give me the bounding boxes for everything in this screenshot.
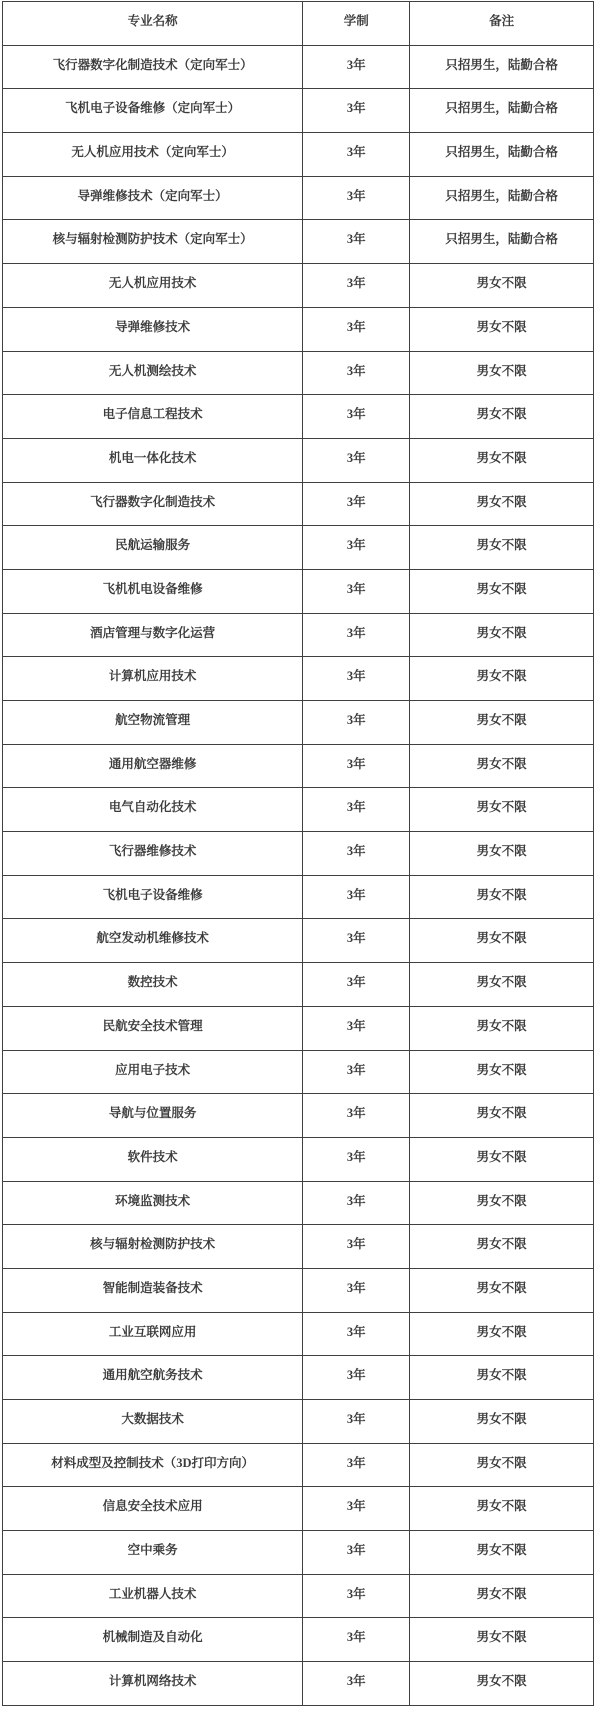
major-cell: 计算机网络技术 [3, 1662, 303, 1706]
note-cell: 男女不限 [410, 1050, 594, 1094]
note-cell: 只招男生，陆勤合格 [410, 176, 594, 220]
major-cell: 核与辐射检测防护技术 [3, 1225, 303, 1269]
major-cell: 导弹维修技术 [3, 307, 303, 351]
major-cell: 数控技术 [3, 963, 303, 1007]
major-cell: 工业互联网应用 [3, 1312, 303, 1356]
major-cell: 核与辐射检测防护技术（定向军士） [3, 220, 303, 264]
major-cell: 应用电子技术 [3, 1050, 303, 1094]
table-row: 航空物流管理3年男女不限 [3, 701, 594, 745]
table-row: 通用航空器维修3年男女不限 [3, 744, 594, 788]
major-cell: 导航与位置服务 [3, 1094, 303, 1138]
table-row: 民航安全技术管理3年男女不限 [3, 1006, 594, 1050]
table-row: 电子信息工程技术3年男女不限 [3, 395, 594, 439]
note-cell: 男女不限 [410, 1487, 594, 1531]
table-row: 材料成型及控制技术（3D打印方向）3年男女不限 [3, 1443, 594, 1487]
major-cell: 电子信息工程技术 [3, 395, 303, 439]
note-cell: 男女不限 [410, 264, 594, 308]
major-cell: 工业机器人技术 [3, 1574, 303, 1618]
page: 专业名称 学制 备注 飞行器数字化制造技术（定向军士）3年只招男生，陆勤合格飞机… [0, 1, 600, 1723]
duration-cell: 3年 [303, 1312, 410, 1356]
duration-cell: 3年 [303, 1181, 410, 1225]
table-row: 工业互联网应用3年男女不限 [3, 1312, 594, 1356]
note-cell: 男女不限 [410, 1574, 594, 1618]
note-cell: 男女不限 [410, 351, 594, 395]
table-row: 无人机测绘技术3年男女不限 [3, 351, 594, 395]
duration-cell: 3年 [303, 1443, 410, 1487]
note-cell: 男女不限 [410, 1662, 594, 1706]
table-row: 航空发动机维修技术3年男女不限 [3, 919, 594, 963]
table-row: 飞行器维修技术3年男女不限 [3, 832, 594, 876]
major-cell: 无人机测绘技术 [3, 351, 303, 395]
header-major: 专业名称 [3, 2, 303, 46]
duration-cell: 3年 [303, 526, 410, 570]
table-row: 民航运输服务3年男女不限 [3, 526, 594, 570]
table-row: 导弹维修技术3年男女不限 [3, 307, 594, 351]
major-cell: 机械制造及自动化 [3, 1618, 303, 1662]
major-cell: 飞机电子设备维修 [3, 875, 303, 919]
duration-cell: 3年 [303, 1574, 410, 1618]
table-row: 智能制造装备技术3年男女不限 [3, 1268, 594, 1312]
major-cell: 通用航空航务技术 [3, 1356, 303, 1400]
table-row: 工业机器人技术3年男女不限 [3, 1574, 594, 1618]
duration-cell: 3年 [303, 963, 410, 1007]
major-cell: 材料成型及控制技术（3D打印方向） [3, 1443, 303, 1487]
duration-cell: 3年 [303, 657, 410, 701]
duration-cell: 3年 [303, 744, 410, 788]
table-row: 机电一体化技术3年男女不限 [3, 438, 594, 482]
major-cell: 飞机机电设备维修 [3, 569, 303, 613]
major-cell: 飞机电子设备维修（定向军士） [3, 89, 303, 133]
note-cell: 男女不限 [410, 1181, 594, 1225]
major-cell: 民航安全技术管理 [3, 1006, 303, 1050]
note-cell: 男女不限 [410, 744, 594, 788]
duration-cell: 3年 [303, 1050, 410, 1094]
note-cell: 男女不限 [410, 569, 594, 613]
table-row: 电气自动化技术3年男女不限 [3, 788, 594, 832]
table-row: 应用电子技术3年男女不限 [3, 1050, 594, 1094]
note-cell: 男女不限 [410, 832, 594, 876]
note-cell: 男女不限 [410, 1443, 594, 1487]
note-cell: 男女不限 [410, 657, 594, 701]
major-cell: 智能制造装备技术 [3, 1268, 303, 1312]
duration-cell: 3年 [303, 875, 410, 919]
major-cell: 计算机应用技术 [3, 657, 303, 701]
major-cell: 环境监测技术 [3, 1181, 303, 1225]
note-cell: 男女不限 [410, 1531, 594, 1575]
table-row: 通用航空航务技术3年男女不限 [3, 1356, 594, 1400]
major-cell: 空中乘务 [3, 1531, 303, 1575]
duration-cell: 3年 [303, 1268, 410, 1312]
note-cell: 男女不限 [410, 1094, 594, 1138]
note-cell: 男女不限 [410, 1312, 594, 1356]
note-cell: 只招男生，陆勤合格 [410, 133, 594, 177]
major-cell: 酒店管理与数字化运营 [3, 613, 303, 657]
major-cell: 飞行器数字化制造技术 [3, 482, 303, 526]
header-note: 备注 [410, 2, 594, 46]
table-row: 飞机机电设备维修3年男女不限 [3, 569, 594, 613]
major-cell: 航空物流管理 [3, 701, 303, 745]
table-row: 飞机电子设备维修（定向军士）3年只招男生，陆勤合格 [3, 89, 594, 133]
duration-cell: 3年 [303, 1137, 410, 1181]
table-row: 无人机应用技术（定向军士）3年只招男生，陆勤合格 [3, 133, 594, 177]
note-cell: 只招男生，陆勤合格 [410, 45, 594, 89]
major-cell: 软件技术 [3, 1137, 303, 1181]
table-row: 空中乘务3年男女不限 [3, 1531, 594, 1575]
note-cell: 男女不限 [410, 482, 594, 526]
note-cell: 男女不限 [410, 963, 594, 1007]
duration-cell: 3年 [303, 788, 410, 832]
table-row: 信息安全技术应用3年男女不限 [3, 1487, 594, 1531]
table-row: 计算机应用技术3年男女不限 [3, 657, 594, 701]
duration-cell: 3年 [303, 1531, 410, 1575]
note-cell: 男女不限 [410, 1356, 594, 1400]
duration-cell: 3年 [303, 1662, 410, 1706]
note-cell: 男女不限 [410, 1268, 594, 1312]
major-cell: 飞行器维修技术 [3, 832, 303, 876]
major-cell: 民航运输服务 [3, 526, 303, 570]
duration-cell: 3年 [303, 176, 410, 220]
duration-cell: 3年 [303, 1094, 410, 1138]
major-cell: 无人机应用技术（定向军士） [3, 133, 303, 177]
note-cell: 只招男生，陆勤合格 [410, 89, 594, 133]
table-body: 飞行器数字化制造技术（定向军士）3年只招男生，陆勤合格飞机电子设备维修（定向军士… [3, 45, 594, 1705]
table-row: 导弹维修技术（定向军士）3年只招男生，陆勤合格 [3, 176, 594, 220]
major-cell: 电气自动化技术 [3, 788, 303, 832]
note-cell: 男女不限 [410, 1137, 594, 1181]
table-row: 飞机电子设备维修3年男女不限 [3, 875, 594, 919]
major-cell: 信息安全技术应用 [3, 1487, 303, 1531]
note-cell: 男女不限 [410, 1400, 594, 1444]
table-row: 飞行器数字化制造技术3年男女不限 [3, 482, 594, 526]
duration-cell: 3年 [303, 89, 410, 133]
major-cell: 通用航空器维修 [3, 744, 303, 788]
table-row: 软件技术3年男女不限 [3, 1137, 594, 1181]
duration-cell: 3年 [303, 701, 410, 745]
duration-cell: 3年 [303, 438, 410, 482]
table-row: 大数据技术3年男女不限 [3, 1400, 594, 1444]
duration-cell: 3年 [303, 307, 410, 351]
duration-cell: 3年 [303, 133, 410, 177]
header-duration: 学制 [303, 2, 410, 46]
note-cell: 男女不限 [410, 613, 594, 657]
duration-cell: 3年 [303, 569, 410, 613]
note-cell: 男女不限 [410, 875, 594, 919]
note-cell: 男女不限 [410, 1618, 594, 1662]
table-row: 数控技术3年男女不限 [3, 963, 594, 1007]
duration-cell: 3年 [303, 482, 410, 526]
note-cell: 男女不限 [410, 788, 594, 832]
duration-cell: 3年 [303, 832, 410, 876]
table-row: 计算机网络技术3年男女不限 [3, 1662, 594, 1706]
major-cell: 导弹维修技术（定向军士） [3, 176, 303, 220]
major-cell: 无人机应用技术 [3, 264, 303, 308]
table-row: 导航与位置服务3年男女不限 [3, 1094, 594, 1138]
duration-cell: 3年 [303, 1618, 410, 1662]
table-row: 飞行器数字化制造技术（定向军士）3年只招男生，陆勤合格 [3, 45, 594, 89]
note-cell: 男女不限 [410, 395, 594, 439]
note-cell: 男女不限 [410, 1225, 594, 1269]
duration-cell: 3年 [303, 1356, 410, 1400]
table-row: 环境监测技术3年男女不限 [3, 1181, 594, 1225]
duration-cell: 3年 [303, 395, 410, 439]
duration-cell: 3年 [303, 220, 410, 264]
table-header-row: 专业名称 学制 备注 [3, 2, 594, 46]
table-row: 核与辐射检测防护技术3年男女不限 [3, 1225, 594, 1269]
duration-cell: 3年 [303, 1006, 410, 1050]
note-cell: 男女不限 [410, 701, 594, 745]
duration-cell: 3年 [303, 264, 410, 308]
note-cell: 男女不限 [410, 919, 594, 963]
duration-cell: 3年 [303, 919, 410, 963]
table-row: 无人机应用技术3年男女不限 [3, 264, 594, 308]
major-cell: 大数据技术 [3, 1400, 303, 1444]
major-cell: 飞行器数字化制造技术（定向军士） [3, 45, 303, 89]
note-cell: 男女不限 [410, 1006, 594, 1050]
note-cell: 男女不限 [410, 307, 594, 351]
duration-cell: 3年 [303, 613, 410, 657]
table-row: 酒店管理与数字化运营3年男女不限 [3, 613, 594, 657]
table-row: 核与辐射检测防护技术（定向军士）3年只招男生，陆勤合格 [3, 220, 594, 264]
duration-cell: 3年 [303, 1400, 410, 1444]
duration-cell: 3年 [303, 45, 410, 89]
duration-cell: 3年 [303, 1487, 410, 1531]
note-cell: 男女不限 [410, 526, 594, 570]
major-cell: 机电一体化技术 [3, 438, 303, 482]
note-cell: 只招男生，陆勤合格 [410, 220, 594, 264]
duration-cell: 3年 [303, 351, 410, 395]
majors-table: 专业名称 学制 备注 飞行器数字化制造技术（定向军士）3年只招男生，陆勤合格飞机… [2, 1, 594, 1706]
table-row: 机械制造及自动化3年男女不限 [3, 1618, 594, 1662]
duration-cell: 3年 [303, 1225, 410, 1269]
major-cell: 航空发动机维修技术 [3, 919, 303, 963]
note-cell: 男女不限 [410, 438, 594, 482]
